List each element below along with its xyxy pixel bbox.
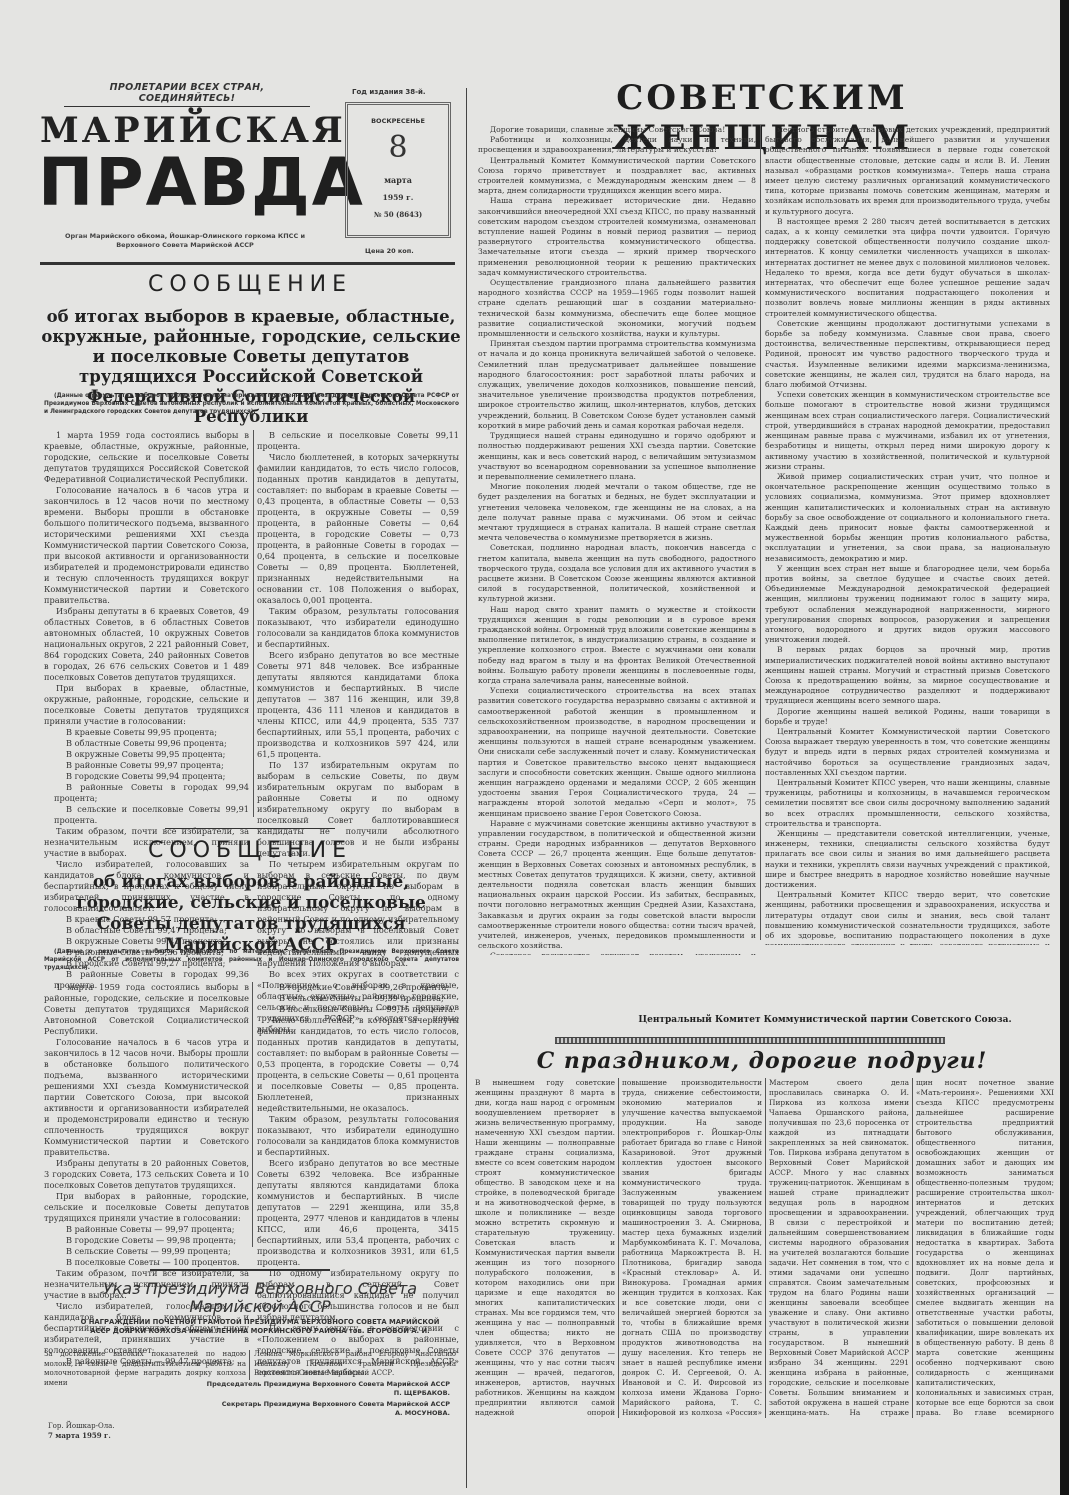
column-divider <box>249 1350 250 1380</box>
paragraph: Центральный Комитет Коммунистической пар… <box>765 727 1050 778</box>
paragraph: Принятая съездом партии программа строит… <box>478 339 756 431</box>
percentage-line: В городские Советы — 99,26 процента; <box>257 982 459 993</box>
ukaz-subtitle: О НАГРАЖДЕНИИ ПОЧЕТНОЙ ГРАМОТОЙ ПРЕЗИДИУ… <box>80 1318 440 1336</box>
percentage-line: В сельские Советы — 99,39 процента; <box>257 993 459 1004</box>
paragraph: Многие поколения людей мечтали о таком о… <box>478 482 756 543</box>
ukaz-chair: Председатель Президиума Верховного Совет… <box>180 1380 450 1417</box>
section-rule <box>165 828 335 829</box>
issue-number: № 50 (8643) <box>348 210 448 219</box>
appeal-signature: Центральный Комитет Коммунистической пар… <box>610 1015 1040 1025</box>
paragraph: Осуществление грандиозного плана дальней… <box>478 278 756 339</box>
paragraph: 1 марта 1959 года состоялись выборы в кр… <box>44 430 249 485</box>
masthead-rule <box>40 262 455 265</box>
ukaz-title: Указ Президиума Верховного Совета Марийс… <box>60 1280 460 1316</box>
paragraph: При выборах в районные, городские, сельс… <box>44 1191 249 1224</box>
percentage-line: В сельские Советы — 99,99 процента; <box>44 1246 249 1257</box>
percentage-line: В сельские и поселковые Советы 99,91 про… <box>44 804 249 826</box>
chair-name: П. ЩЕРБАКОВ. <box>180 1389 450 1398</box>
percentage-line: В окружные Советы 99,95 процента; <box>44 749 249 760</box>
podrugi-column-3: Мастером своего дела прославилась свинар… <box>769 1078 909 1418</box>
masthead-organ: Орган Марийского обкома, Йошкар-Олинског… <box>60 232 310 250</box>
ukaz-date: 7 марта 1959 г. <box>48 1431 168 1440</box>
percentage-line: В городские Советы — 99,98 процента; <box>44 1235 249 1246</box>
podrugi-column-4: щин носят почетное звание «Мать-героиня»… <box>916 1078 1054 1418</box>
percentage-line: В районные Советы — 99,97 процента; <box>44 1224 249 1235</box>
column-divider <box>253 430 254 817</box>
masthead-title-line2: ПРАВДА <box>38 148 328 218</box>
paragraph: Число бюллетеней, в которых зачеркнуты ф… <box>257 1015 459 1114</box>
paragraph: Таким образом, результаты голосования по… <box>257 606 459 650</box>
newspaper-page: ПРОЛЕТАРИИ ВСЕХ СТРАН, СОЕДИНЯЙТЕСЬ! МАР… <box>0 0 1060 1495</box>
paragraph: Дорогие товарищи, славные женщины Советс… <box>478 125 756 135</box>
paragraph: Всего избрано депутатов во все местные С… <box>257 650 459 760</box>
page-divider <box>466 88 467 1488</box>
column-divider <box>912 1078 913 1418</box>
ornament-rule <box>555 1037 945 1044</box>
column-divider <box>618 1078 619 1418</box>
paragraph: Советское государство окружает почетом, … <box>478 951 756 955</box>
price: Цена 20 коп. <box>365 247 455 255</box>
paragraph: Всего избрано депутатов во все местные С… <box>257 1158 459 1268</box>
paragraph: Работницы и колхозницы, деятели науки и … <box>478 135 756 155</box>
rsfsr-heading: СООБЩЕНИЕ <box>40 272 460 297</box>
paragraph: Советские женщины продолжают достигнутым… <box>765 319 1050 390</box>
podrugi-column-2: повышение производительности труда, сниж… <box>622 1078 762 1418</box>
paragraph: При выборах в краевые, областные, окружн… <box>44 683 249 727</box>
date-box: ВОСКРЕСЕНЬЕ 8 марта 1959 г. № 50 (8643) <box>345 102 451 238</box>
paragraph: Центральный Комитет КПСС твердо верит, ч… <box>765 890 1050 945</box>
podrugi-title: С праздником, дорогие подруги! <box>472 1048 1052 1074</box>
masthead-slogan: ПРОЛЕТАРИИ ВСЕХ СТРАН, СОЕДИНЯЙТЕСЬ! <box>64 82 310 107</box>
day: 8 <box>348 131 448 165</box>
secretary-title: Секретарь Президиума Верховного Совета М… <box>180 1400 450 1409</box>
paragraph: Число бюллетеней, в которых зачеркнуты ф… <box>257 452 459 606</box>
rsfsr-note: (Данные о результатах выборов публикуютс… <box>44 392 459 416</box>
appeal-column-2: местного строительства новых детских учр… <box>765 125 1050 945</box>
column-divider <box>765 1078 766 1418</box>
ukaz-place-date: Гор. Йошкар-Ола. 7 марта 1959 г. <box>48 1422 168 1440</box>
paragraph: Избраны депутаты в 20 районных Советов, … <box>44 1158 249 1191</box>
percentage-line: В областные Советы 99,96 процента; <box>44 738 249 749</box>
chair-title: Председатель Президиума Верховного Совет… <box>180 1380 450 1389</box>
month: марта <box>348 175 448 185</box>
paragraph: Наша страна переживает исторические дни.… <box>478 196 756 278</box>
year-of-publication: Год издания 38-й. <box>352 88 452 96</box>
percentage-line: В поселковые Советы — 99,15 процента. <box>257 1004 459 1015</box>
secretary-name: А. МОСУНОВА. <box>180 1409 450 1418</box>
percentage-line: В краевые Советы 99,95 процента; <box>44 727 249 738</box>
percentage-line: В районные Советы в городах 99,94 процен… <box>44 782 249 804</box>
paragraph: Таким образом, результаты голосования по… <box>257 1114 459 1158</box>
paragraph: Успехи советских женщин в коммунистическ… <box>765 390 1050 472</box>
paragraph: Советская, подлинно народная власть, пок… <box>478 543 756 604</box>
paragraph: Голосование началось в 6 часов утра и за… <box>44 1037 249 1158</box>
paragraph: Трудящиеся нашей страны единодушно и гор… <box>478 431 756 482</box>
paragraph: В сельские и поселковые Советы 99,11 про… <box>257 430 459 452</box>
paragraph: 1 марта 1959 года состоялись выборы в ра… <box>44 982 249 1037</box>
percentage-line: В городские Советы 99,94 процента; <box>44 771 249 782</box>
paragraph: Голосование началось в 6 часов утра и за… <box>44 485 249 606</box>
percentage-line: В районные Советы 99,97 процента; <box>44 760 249 771</box>
section-rule <box>150 1269 330 1271</box>
mari-note: (Данные о результатах выборов публикуютс… <box>44 948 459 972</box>
year: 1959 г. <box>348 193 448 202</box>
paragraph: Центральный Комитет КПСС уверен, что наш… <box>765 778 1050 829</box>
weekday: ВОСКРЕСЕНЬЕ <box>348 117 448 125</box>
scan-edge <box>1060 0 1069 1495</box>
column-divider <box>252 982 253 1247</box>
paragraph: Успехи социалистического строительства н… <box>478 686 756 819</box>
mari-heading: СООБЩЕНИЕ <box>40 838 460 863</box>
podrugi-column-1: В нынешнем году советские женщины праздн… <box>475 1078 615 1418</box>
paragraph: В настоящее время 2 280 тысяч детей восп… <box>765 217 1050 319</box>
ukaz-column-2: Ленина Моркинского района Егорову Анаста… <box>254 1350 456 1379</box>
paragraph: Дорогие женщины нашей великой Родины, на… <box>765 707 1050 727</box>
mari-subtitle: об итогах выборов в районные, городские,… <box>40 872 462 956</box>
appeal-column-1: Дорогие товарищи, славные женщины Советс… <box>478 125 756 955</box>
paragraph: Центральный Комитет Коммунистической пар… <box>478 156 756 197</box>
paragraph: У женщин всех стран нет выше и благородн… <box>765 564 1050 646</box>
ukaz-place: Гор. Йошкар-Ола. <box>48 1422 168 1431</box>
paragraph: местного строительства новых детских учр… <box>765 125 1050 217</box>
paragraph: Избраны депутаты в 6 краевых Советов, 49… <box>44 606 249 683</box>
paragraph: Живой пример социалистических стран учит… <box>765 472 1050 564</box>
paragraph: В первых рядах борцов за прочный мир, пр… <box>765 645 1050 706</box>
column-divider <box>760 125 761 940</box>
paragraph: Наш народ свято хранит память о мужестве… <box>478 605 756 687</box>
percentage-line: В поселковые Советы — 100 процентов. <box>44 1257 249 1268</box>
paragraph: Женщины — представители советской интелл… <box>765 829 1050 890</box>
paragraph: Наравне с мужчинами советские женщины ак… <box>478 819 756 952</box>
